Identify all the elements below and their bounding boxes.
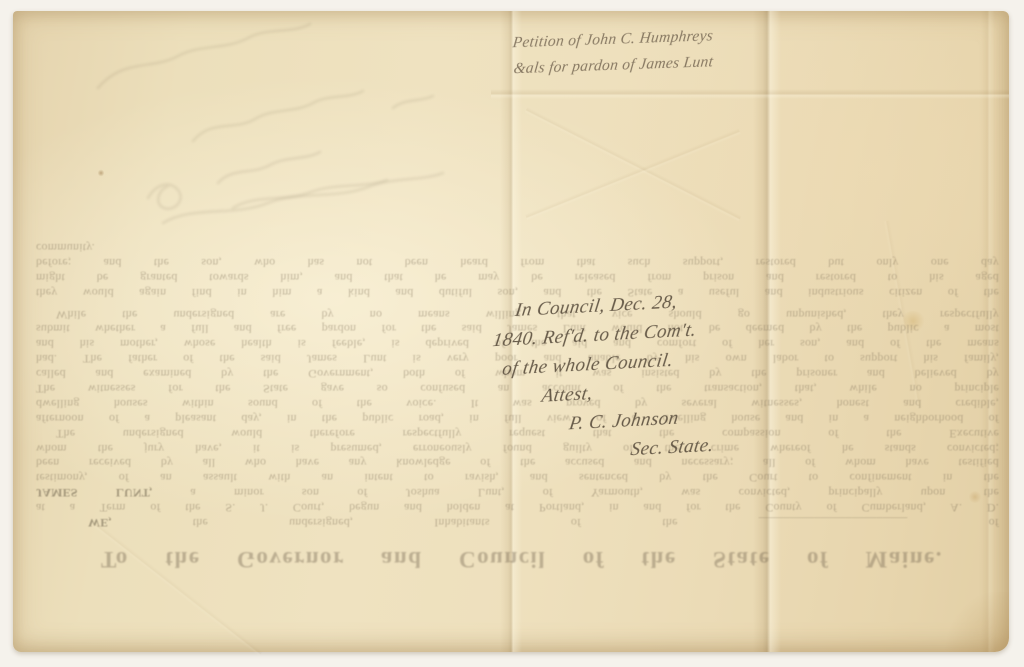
ghost-line: before; and the son, who has not been he… — [36, 255, 999, 270]
mirrored-handwriting-bleed — [43, 13, 513, 233]
diagonal-crease — [93, 522, 263, 657]
ghost-line: community. — [36, 240, 999, 255]
age-spot — [98, 169, 104, 177]
ghost-line: at a Term of the S. J. Court, begun and … — [36, 500, 999, 515]
horizontal-crease-top — [491, 89, 1009, 99]
council-endorsement: In Council, Dec. 28, 1840. Ref'd. to the… — [491, 281, 810, 471]
ghost-heading-to-governor: To the Governor and Council of the State… — [101, 544, 943, 574]
ghost-line: testimony, of an assault with an intent … — [36, 470, 999, 485]
diagonal-crease — [524, 107, 741, 222]
paper-sheet: To the Governor and Council of the State… — [13, 11, 1009, 652]
ghost-line: WE, the undersigned, Inhabitants of the … — [36, 515, 999, 530]
scan-background: To the Governor and Council of the State… — [0, 0, 1024, 667]
ghost-line: might be granted towards him, and that h… — [36, 270, 999, 285]
worn-corner — [939, 592, 1009, 652]
diagonal-crease — [525, 128, 741, 221]
ghost-line: JAMES LUNT, a minor son of Joshua Lunt, … — [36, 485, 999, 500]
docket-annotation: Petition of John C. Humphreys &als for p… — [512, 20, 814, 82]
